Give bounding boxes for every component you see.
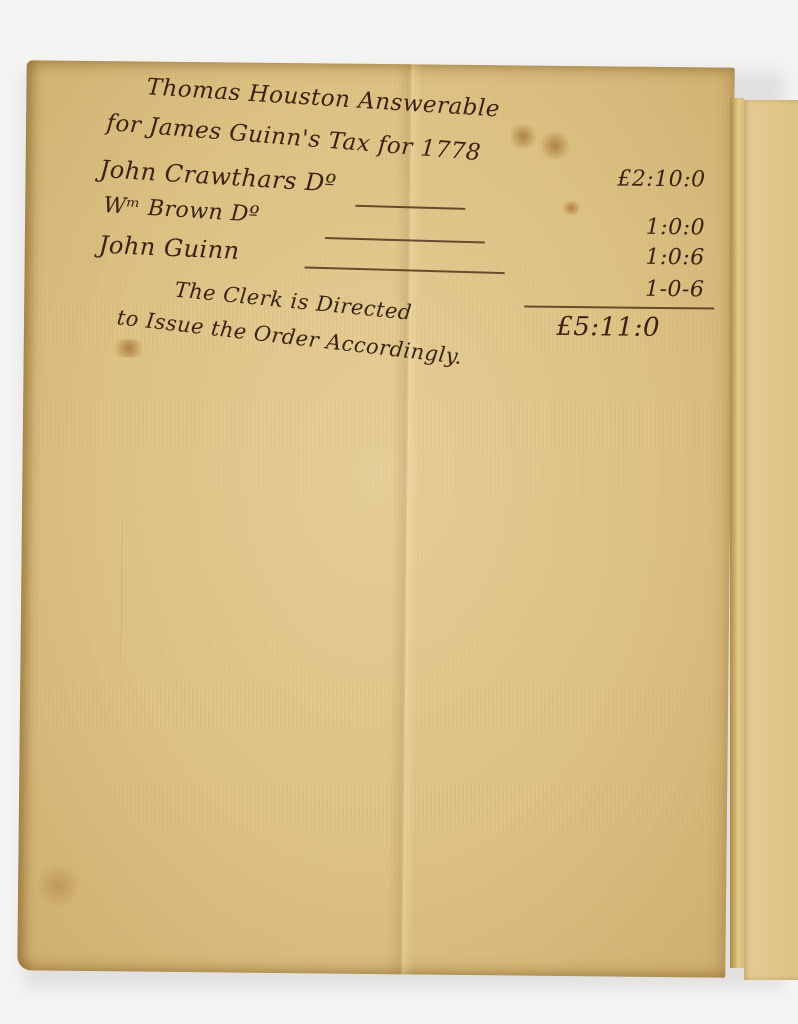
amount: 1:0:6 [565,244,705,270]
total-amount: £5:11:0 [520,311,660,342]
facing-page-edge [744,100,798,980]
ink-stain [110,339,148,357]
bleed-through-text [120,521,642,666]
amount: 1-0-6 [564,276,704,302]
ink-stain [538,132,572,160]
ledger-page: Thomas Houston Answerable for James Guin… [17,60,734,977]
amount: £2:10:0 [565,166,705,192]
ink-stain [560,201,582,215]
ink-stain [508,123,538,149]
binding-gutter [730,98,744,968]
amount: 1:0:0 [565,214,705,240]
